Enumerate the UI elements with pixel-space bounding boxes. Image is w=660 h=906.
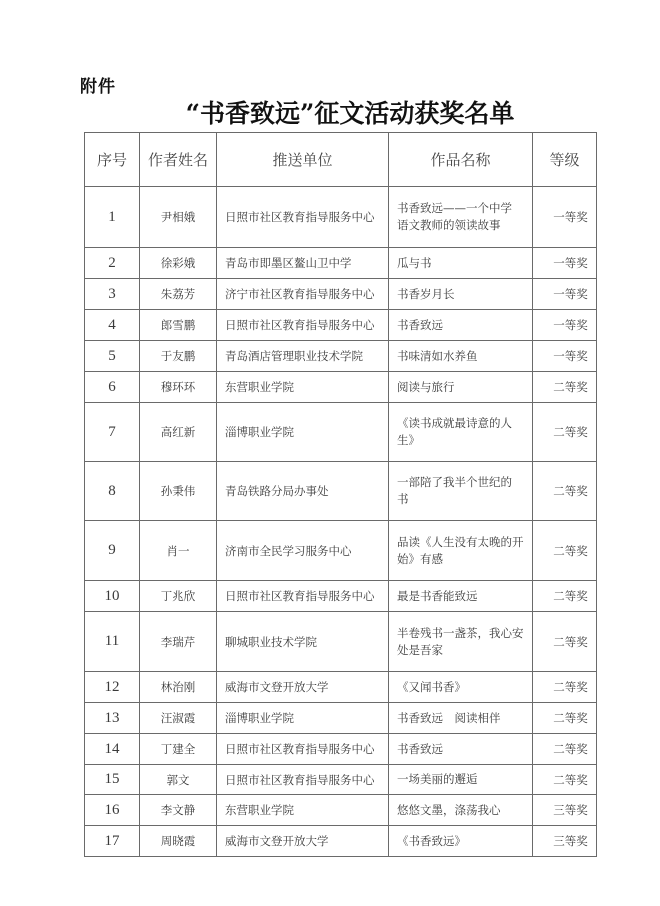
cell-work: 《又闻书香》	[389, 672, 533, 703]
table-body: 1尹相娥日照市社区教育指导服务中心书香致远——一个中学语文教师的领读故事一等奖2…	[85, 187, 597, 857]
work-title-line: 生》	[397, 432, 524, 449]
cell-author: 朱荔芳	[140, 279, 217, 310]
cell-num: 10	[85, 581, 140, 612]
cell-unit: 淄博职业学院	[217, 403, 389, 462]
cell-num: 5	[85, 341, 140, 372]
cell-work: 书香致远	[389, 310, 533, 341]
cell-num: 2	[85, 248, 140, 279]
cell-work: 书香致远 阅读相伴	[389, 703, 533, 734]
work-title-line: 书香致远	[397, 317, 524, 334]
cell-work: 悠悠文墨，涤荡我心	[389, 795, 533, 826]
cell-work: 书香致远	[389, 734, 533, 765]
cell-work: 半卷残书一盏茶，我心安处是吾家	[389, 612, 533, 672]
table-row: 10丁兆欣日照市社区教育指导服务中心最是书香能致远二等奖	[85, 581, 597, 612]
work-title-line: 书香致远——一个中学	[397, 200, 524, 217]
work-title-line: 《读书成就最诗意的人	[397, 415, 524, 432]
table-row: 17周晓霞威海市文登开放大学《书香致远》三等奖	[85, 826, 597, 857]
cell-num: 4	[85, 310, 140, 341]
document-title: “书香致远”征文活动获奖名单	[0, 94, 660, 130]
cell-grade: 二等奖	[533, 672, 597, 703]
table-row: 8孙秉伟青岛铁路分局办事处一部陪了我半个世纪的书二等奖	[85, 462, 597, 521]
table-row: 3朱荔芳济宁市社区教育指导服务中心书香岁月长一等奖	[85, 279, 597, 310]
cell-author: 汪淑霞	[140, 703, 217, 734]
header-grade: 等级	[533, 133, 597, 187]
table-row: 7高红新淄博职业学院《读书成就最诗意的人生》二等奖	[85, 403, 597, 462]
work-title-line: 书	[397, 491, 524, 508]
cell-unit: 日照市社区教育指导服务中心	[217, 734, 389, 765]
table-row: 12林治刚威海市文登开放大学《又闻书香》二等奖	[85, 672, 597, 703]
work-title-line: 一部陪了我半个世纪的	[397, 474, 524, 491]
header-unit: 推送单位	[217, 133, 389, 187]
table-row: 6穆环环东营职业学院阅读与旅行二等奖	[85, 372, 597, 403]
table-row: 4郎雪鹏日照市社区教育指导服务中心书香致远一等奖	[85, 310, 597, 341]
cell-unit: 威海市文登开放大学	[217, 672, 389, 703]
cell-unit: 聊城职业技术学院	[217, 612, 389, 672]
cell-unit: 日照市社区教育指导服务中心	[217, 187, 389, 248]
cell-author: 丁建全	[140, 734, 217, 765]
awards-table: 序号 作者姓名 推送单位 作品名称 等级 1尹相娥日照市社区教育指导服务中心书香…	[84, 132, 597, 857]
work-title-line: 书香致远 阅读相伴	[397, 710, 524, 727]
cell-grade: 二等奖	[533, 581, 597, 612]
cell-work: 一部陪了我半个世纪的书	[389, 462, 533, 521]
cell-num: 15	[85, 765, 140, 795]
cell-unit: 东营职业学院	[217, 372, 389, 403]
cell-num: 12	[85, 672, 140, 703]
work-title-line: 瓜与书	[397, 255, 524, 272]
cell-unit: 济宁市社区教育指导服务中心	[217, 279, 389, 310]
cell-grade: 二等奖	[533, 462, 597, 521]
cell-num: 1	[85, 187, 140, 248]
cell-num: 17	[85, 826, 140, 857]
cell-grade: 二等奖	[533, 734, 597, 765]
cell-num: 9	[85, 521, 140, 581]
cell-unit: 东营职业学院	[217, 795, 389, 826]
cell-unit: 青岛市即墨区鳌山卫中学	[217, 248, 389, 279]
work-title-line: 始》有感	[397, 551, 524, 568]
cell-author: 穆环环	[140, 372, 217, 403]
cell-author: 于友鹏	[140, 341, 217, 372]
cell-work: 最是书香能致远	[389, 581, 533, 612]
table-header-row: 序号 作者姓名 推送单位 作品名称 等级	[85, 133, 597, 187]
cell-grade: 二等奖	[533, 403, 597, 462]
cell-grade: 二等奖	[533, 372, 597, 403]
header-num: 序号	[85, 133, 140, 187]
cell-work: 一场美丽的邂逅	[389, 765, 533, 795]
cell-work: 书味清如水养鱼	[389, 341, 533, 372]
cell-num: 16	[85, 795, 140, 826]
cell-work: 书香岁月长	[389, 279, 533, 310]
work-title-line: 一场美丽的邂逅	[397, 771, 524, 788]
cell-num: 11	[85, 612, 140, 672]
cell-author: 高红新	[140, 403, 217, 462]
work-title-line: 《又闻书香》	[397, 679, 524, 696]
cell-author: 丁兆欣	[140, 581, 217, 612]
cell-unit: 威海市文登开放大学	[217, 826, 389, 857]
cell-grade: 一等奖	[533, 341, 597, 372]
table-row: 9肖一济南市全民学习服务中心品读《人生没有太晚的开始》有感二等奖	[85, 521, 597, 581]
work-title-line: 《书香致远》	[397, 833, 524, 850]
cell-work: 书香致远——一个中学语文教师的领读故事	[389, 187, 533, 248]
cell-work: 品读《人生没有太晚的开始》有感	[389, 521, 533, 581]
cell-grade: 一等奖	[533, 310, 597, 341]
cell-grade: 一等奖	[533, 248, 597, 279]
cell-unit: 日照市社区教育指导服务中心	[217, 310, 389, 341]
table-row: 11李瑞芹聊城职业技术学院半卷残书一盏茶，我心安处是吾家二等奖	[85, 612, 597, 672]
cell-unit: 淄博职业学院	[217, 703, 389, 734]
work-title-line: 半卷残书一盏茶，我心安	[397, 625, 524, 642]
table-row: 14丁建全日照市社区教育指导服务中心书香致远二等奖	[85, 734, 597, 765]
cell-grade: 一等奖	[533, 187, 597, 248]
cell-author: 郎雪鹏	[140, 310, 217, 341]
cell-author: 徐彩娥	[140, 248, 217, 279]
cell-author: 尹相娥	[140, 187, 217, 248]
cell-author: 郭文	[140, 765, 217, 795]
work-title-line: 悠悠文墨，涤荡我心	[397, 802, 524, 819]
table-row: 16李文静东营职业学院悠悠文墨，涤荡我心三等奖	[85, 795, 597, 826]
work-title-line: 语文教师的领读故事	[397, 217, 524, 234]
cell-author: 林治刚	[140, 672, 217, 703]
work-title-line: 书香致远	[397, 741, 524, 758]
table-row: 5于友鹏青岛酒店管理职业技术学院书味清如水养鱼一等奖	[85, 341, 597, 372]
cell-unit: 日照市社区教育指导服务中心	[217, 765, 389, 795]
work-title-line: 书味清如水养鱼	[397, 348, 524, 365]
work-title-line: 书香岁月长	[397, 286, 524, 303]
work-title-line: 处是吾家	[397, 642, 524, 659]
cell-grade: 二等奖	[533, 765, 597, 795]
cell-num: 8	[85, 462, 140, 521]
cell-num: 3	[85, 279, 140, 310]
cell-grade: 二等奖	[533, 703, 597, 734]
cell-unit: 青岛铁路分局办事处	[217, 462, 389, 521]
table-row: 15郭文日照市社区教育指导服务中心一场美丽的邂逅二等奖	[85, 765, 597, 795]
work-title-line: 阅读与旅行	[397, 379, 524, 396]
header-author: 作者姓名	[140, 133, 217, 187]
cell-author: 李瑞芹	[140, 612, 217, 672]
cell-grade: 一等奖	[533, 279, 597, 310]
cell-work: 瓜与书	[389, 248, 533, 279]
cell-grade: 二等奖	[533, 612, 597, 672]
cell-grade: 二等奖	[533, 521, 597, 581]
cell-author: 孙秉伟	[140, 462, 217, 521]
cell-unit: 日照市社区教育指导服务中心	[217, 581, 389, 612]
cell-unit: 济南市全民学习服务中心	[217, 521, 389, 581]
table-row: 2徐彩娥青岛市即墨区鳌山卫中学瓜与书一等奖	[85, 248, 597, 279]
work-title-line: 品读《人生没有太晚的开	[397, 534, 524, 551]
cell-unit: 青岛酒店管理职业技术学院	[217, 341, 389, 372]
cell-num: 13	[85, 703, 140, 734]
cell-num: 14	[85, 734, 140, 765]
cell-author: 肖一	[140, 521, 217, 581]
work-title-line: 最是书香能致远	[397, 588, 524, 605]
cell-num: 6	[85, 372, 140, 403]
cell-author: 周晓霞	[140, 826, 217, 857]
cell-work: 阅读与旅行	[389, 372, 533, 403]
cell-work: 《读书成就最诗意的人生》	[389, 403, 533, 462]
table-row: 1尹相娥日照市社区教育指导服务中心书香致远——一个中学语文教师的领读故事一等奖	[85, 187, 597, 248]
cell-grade: 三等奖	[533, 826, 597, 857]
table-row: 13汪淑霞淄博职业学院书香致远 阅读相伴二等奖	[85, 703, 597, 734]
cell-grade: 三等奖	[533, 795, 597, 826]
cell-num: 7	[85, 403, 140, 462]
header-work: 作品名称	[389, 133, 533, 187]
cell-work: 《书香致远》	[389, 826, 533, 857]
cell-author: 李文静	[140, 795, 217, 826]
